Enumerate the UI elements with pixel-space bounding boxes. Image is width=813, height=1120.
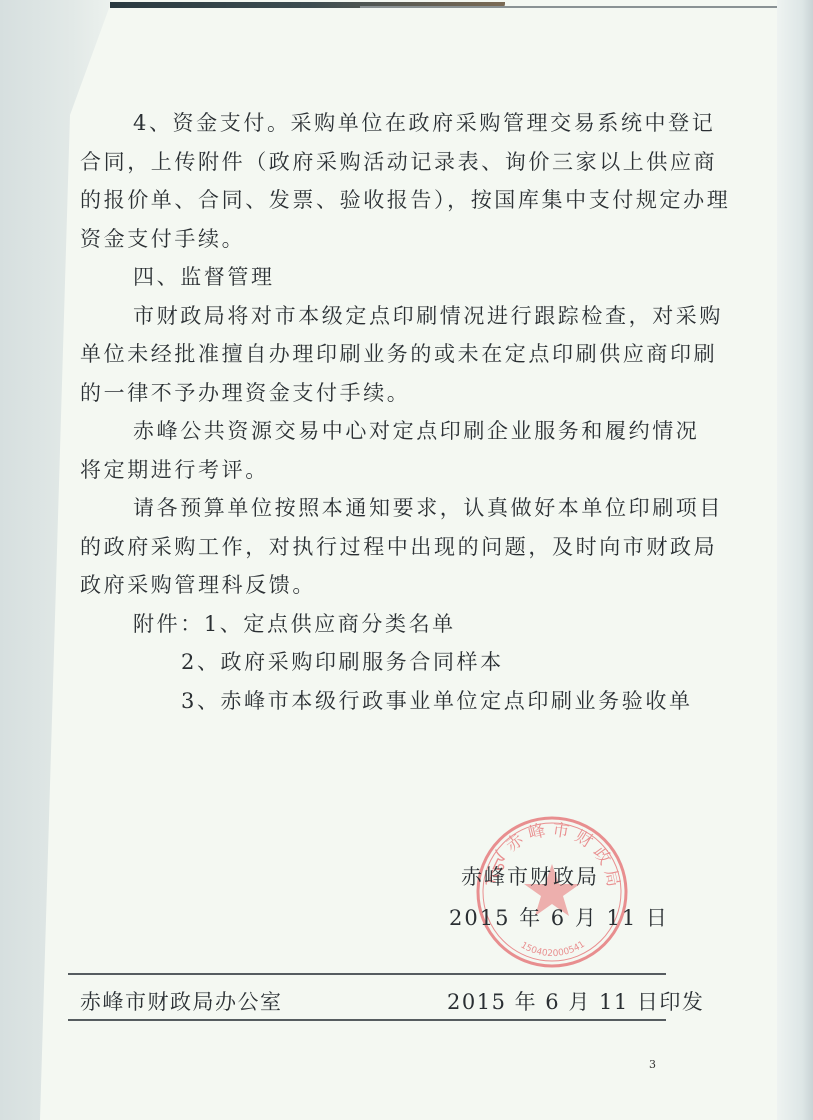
text-line: 合同，上传附件（政府采购活动记录表、询价三家以上供应商 (80, 143, 670, 182)
attachments-label: 附件： (133, 612, 204, 636)
footer-issued-date: 2015 年 6 月 11 日印发 (447, 986, 704, 1016)
text-line: 资金支付手续。 (80, 220, 670, 259)
footer-bottom-rule (68, 1019, 666, 1021)
heading-supervision: 四、监督管理 (80, 258, 670, 297)
section-heading: 四、监督管理 (80, 258, 670, 297)
text-line: 将定期进行考评。 (80, 451, 670, 490)
scan-right-shadow (777, 0, 813, 1120)
signature-date: 2015 年 6 月 11 日 (449, 902, 669, 932)
text-line: 市财政局将对市本级定点印刷情况进行跟踪检查，对采购 (80, 297, 670, 336)
attachment-2: 2、政府采购印刷服务合同样本 (80, 643, 670, 682)
text-line: 请各预算单位按照本通知要求，认真做好本单位印刷项目 (80, 489, 670, 528)
paragraph-request: 请各预算单位按照本通知要求，认真做好本单位印刷项目 的政府采购工作，对执行过程中… (80, 489, 670, 605)
footer-top-rule (68, 973, 666, 975)
official-seal-icon: ᠡᠷᠳᠡ 赤 峰 市 财 政 局 150402000541 (472, 812, 632, 972)
footer-issuer: 赤峰市财政局办公室 (80, 986, 283, 1016)
paragraph-supervision: 市财政局将对市本级定点印刷情况进行跟踪检查，对采购 单位未经批准擅自办理印刷业务… (80, 297, 670, 413)
text-line: 单位未经批准擅自办理印刷业务的或未在定点印刷供应商印刷 (80, 335, 670, 374)
text-line: 政府采购管理科反馈。 (80, 566, 670, 605)
text-line: 4、资金支付。采购单位在政府采购管理交易系统中登记 (80, 104, 670, 143)
attachment-1: 1、定点供应商分类名单 (204, 612, 456, 636)
page-number: 3 (649, 1058, 656, 1071)
text-line: 的政府采购工作，对执行过程中出现的问题，及时向市财政局 (80, 528, 670, 567)
text-line: 的报价单、合同、发票、验收报告），按国库集中支付规定办理 (80, 181, 670, 220)
attachment-item: 附件：1、定点供应商分类名单 (80, 605, 670, 644)
attachments-list: 附件：1、定点供应商分类名单 2、政府采购印刷服务合同样本 3、赤峰市本级行政事… (80, 605, 670, 721)
text-line: 的一律不予办理资金支付手续。 (80, 374, 670, 413)
text-line: 赤峰公共资源交易中心对定点印刷企业服务和履约情况 (80, 412, 670, 451)
paragraph-payment: 4、资金支付。采购单位在政府采购管理交易系统中登记 合同，上传附件（政府采购活动… (80, 104, 670, 258)
scan-top-line (360, 6, 782, 8)
document-body: 4、资金支付。采购单位在政府采购管理交易系统中登记 合同，上传附件（政府采购活动… (80, 104, 670, 720)
paragraph-evaluation: 赤峰公共资源交易中心对定点印刷企业服务和履约情况 将定期进行考评。 (80, 412, 670, 489)
attachment-3: 3、赤峰市本级行政事业单位定点印刷业务验收单 (80, 682, 670, 721)
signature-org: 赤峰市财政局 (461, 861, 599, 891)
